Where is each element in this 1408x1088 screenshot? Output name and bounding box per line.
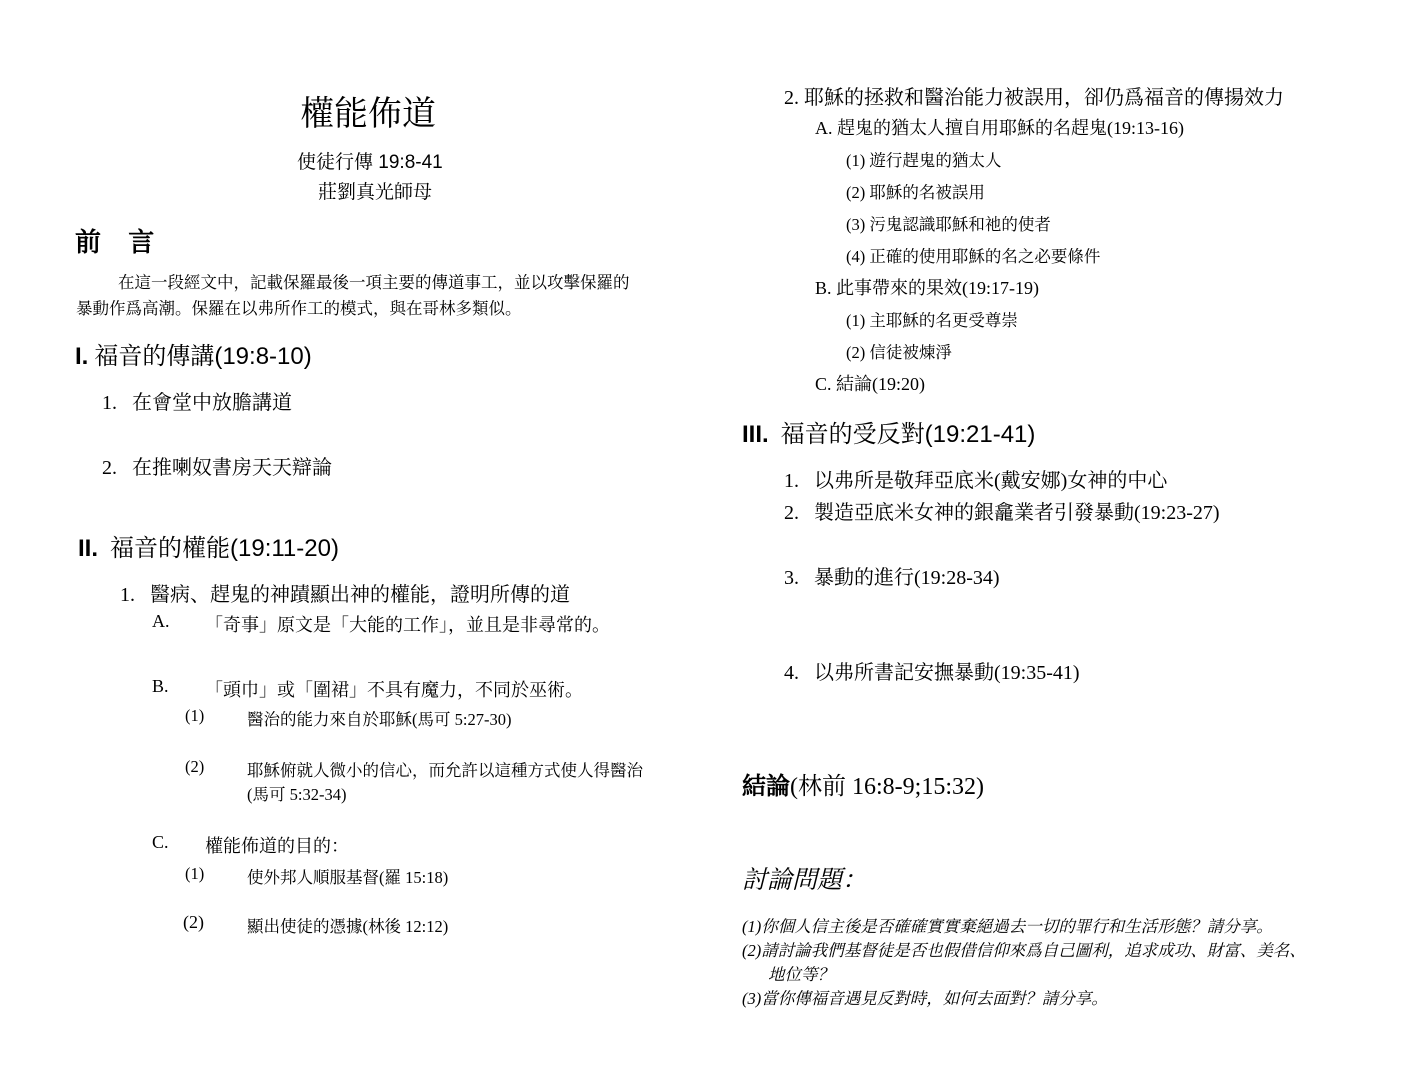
item-text: 正確的使用耶穌的名之必要條件 (869, 247, 1100, 266)
conclusion-reference: (林前 16:8-9;15:32) (790, 774, 984, 800)
item-text: 遊行趕鬼的猶太人 (869, 151, 1001, 170)
item-text: 結論(19:20) (836, 374, 925, 394)
section-3-heading: III. 福音的受反對(19:21-41) (742, 414, 1035, 449)
item-text: 在會堂中放膽講道 (132, 392, 292, 414)
point-2-A-sub-1: (1) 遊行趕鬼的猶太人 (846, 147, 1001, 171)
C-sub-2-number: (2) (183, 912, 204, 933)
section-2-point-1-A-label: A. (152, 611, 170, 632)
item-text: 趕鬼的猶太人擅自用耶穌的名趕鬼(19:13-16) (837, 118, 1184, 138)
item-text: 以弗所書記安撫暴動(19:35-41) (814, 662, 1080, 684)
section-2-number: II. (78, 535, 98, 562)
item-number: 1. (784, 470, 799, 492)
item-label: A. (815, 118, 833, 138)
item-number: (1) (846, 311, 865, 330)
item-text: 以弗所是敬拜亞底米(戴安娜)女神的中心 (814, 470, 1167, 492)
conclusion-label: 結論 (742, 774, 790, 800)
point-2-A-sub-3: (3) 污鬼認識耶穌和祂的使者 (846, 211, 1051, 235)
section-2-point-1-C-text: 權能佈道的目的： (205, 832, 349, 858)
item-text: 耶穌的拯救和醫治能力被誤用，卻仍爲福音的傳揚效力 (804, 87, 1284, 109)
B-sub-2-number: (2) (185, 757, 204, 777)
section-2-heading: II. 福音的權能(19:11-20) (78, 528, 339, 563)
section-1-item-2: 2. 在推喇奴書房天天辯論 (102, 451, 332, 480)
point-2-A-sub-4: (4) 正確的使用耶穌的名之必要條件 (846, 243, 1100, 267)
section-3-item-2: 2. 製造亞底米女神的銀龕業者引發暴動(19:23-27) (784, 496, 1220, 525)
section-3-number: III. (742, 421, 769, 448)
item-number: 2. (102, 457, 117, 479)
section-1-heading: I. 福音的傳講(19:8-10) (75, 336, 312, 371)
item-number: (4) (846, 247, 865, 266)
item-number: (2) (846, 183, 865, 202)
item-number: (2) (846, 343, 865, 362)
item-number: 3. (784, 567, 799, 589)
section-1-number: I. (75, 343, 88, 370)
item-number: 1. (120, 584, 135, 606)
item-text: 污鬼認識耶穌和祂的使者 (869, 215, 1051, 234)
section-2-point-1-B-label: B. (152, 676, 169, 697)
discussion-question-2-line-2: 地位等？ (768, 961, 834, 985)
B-sub-2-text-line-2: (馬可 5:32-34) (247, 781, 346, 805)
item-number: 4. (784, 662, 799, 684)
section-2-point-1-A-text: 「奇事」原文是「大能的工作」，並且是非尋常的。 (205, 611, 610, 637)
item-number: 2. (784, 87, 799, 109)
point-2-B-sub-2: (2) 信徒被煉淨 (846, 339, 952, 363)
section-3-item-1: 1. 以弗所是敬拜亞底米(戴安娜)女神的中心 (784, 464, 1167, 493)
discussion-question-2: (2)請討論我們基督徒是否也假借信仰來爲自己圖利，追求成功、財富、美名、 (742, 937, 1306, 961)
section-3-title: 福音的受反對(19:21-41) (781, 421, 1036, 448)
item-label: C. (815, 374, 832, 394)
C-sub-1-text: 使外邦人順服基督(羅 15:18) (247, 864, 448, 888)
C-sub-1-number: (1) (185, 864, 204, 884)
section-3-item-3: 3. 暴動的進行(19:28-34) (784, 561, 1000, 590)
item-number: 1. (102, 392, 117, 414)
item-number: 2. (784, 502, 799, 524)
section-2-point-1-B-text: 「頭巾」或「圍裙」不具有魔力，不同於巫術。 (205, 676, 583, 702)
intro-heading: 前 言 (75, 222, 164, 259)
B-sub-1-number: (1) (185, 706, 204, 726)
intro-paragraph-line-2: 暴動作爲高潮。保羅在以弗所作工的模式，與在哥林多類似。 (76, 296, 522, 322)
item-text: 此事帶來的果效(19:17-19) (836, 278, 1039, 298)
item-number: (3) (846, 215, 865, 234)
conclusion-heading: 結論(林前 16:8-9;15:32) (742, 766, 984, 801)
discussion-question-3: (3)當你傳福音遇見反對時，如何去面對？請分享。 (742, 985, 1108, 1009)
section-1-title: 福音的傳講(19:8-10) (94, 343, 311, 370)
item-text: 醫病、趕鬼的神蹟顯出神的權能，證明所傳的道 (150, 584, 570, 606)
point-2-A-sub-2: (2) 耶穌的名被誤用 (846, 179, 985, 203)
section-2-point-2-B: B. 此事帶來的果效(19:17-19) (815, 274, 1039, 300)
document-title: 權能佈道 (300, 86, 436, 135)
intro-paragraph-line-1: 在這一段經文中，記載保羅最後一項主要的傳道事工，並以攻擊保羅的 (118, 270, 630, 296)
item-text: 耶穌的名被誤用 (869, 183, 985, 202)
discussion-heading: 討論問題： (742, 860, 867, 896)
discussion-question-1: (1)你個人信主後是否確確實實棄絕過去一切的罪行和生活形態？請分享。 (742, 913, 1273, 937)
item-text: 在推喇奴書房天天辯論 (132, 457, 332, 479)
point-2-B-sub-1: (1) 主耶穌的名更受尊崇 (846, 307, 1018, 331)
section-2-point-2: 2. 耶穌的拯救和醫治能力被誤用，卻仍爲福音的傳揚效力 (784, 81, 1284, 110)
B-sub-2-text: 耶穌俯就人微小的信心，而允許以這種方式使人得醫治 (247, 757, 643, 781)
item-text: 信徒被煉淨 (869, 343, 952, 362)
section-2-point-2-C: C. 結論(19:20) (815, 370, 925, 396)
B-sub-1-text: 醫治的能力來自於耶穌(馬可 5:27-30) (247, 706, 511, 730)
section-1-item-1: 1. 在會堂中放膽講道 (102, 386, 292, 415)
item-number: (1) (846, 151, 865, 170)
item-text: 製造亞底米女神的銀龕業者引發暴動(19:23-27) (814, 502, 1220, 524)
item-label: B. (815, 278, 832, 298)
item-text: 主耶穌的名更受尊崇 (869, 311, 1018, 330)
section-2-title: 福音的權能(19:11-20) (110, 535, 339, 562)
item-text: 暴動的進行(19:28-34) (814, 567, 1000, 589)
section-2-point-1-C-label: C. (152, 832, 169, 853)
author: 莊劉真光師母 (318, 177, 432, 204)
section-3-item-4: 4. 以弗所書記安撫暴動(19:35-41) (784, 656, 1080, 685)
scripture-reference: 使徒行傳 19:8-41 (297, 147, 443, 174)
section-2-point-1: 1. 醫病、趕鬼的神蹟顯出神的權能，證明所傳的道 (120, 578, 570, 607)
C-sub-2-text: 顯出使徒的憑據(林後 12:12) (247, 913, 448, 937)
section-2-point-2-A: A. 趕鬼的猶太人擅自用耶穌的名趕鬼(19:13-16) (815, 114, 1184, 140)
